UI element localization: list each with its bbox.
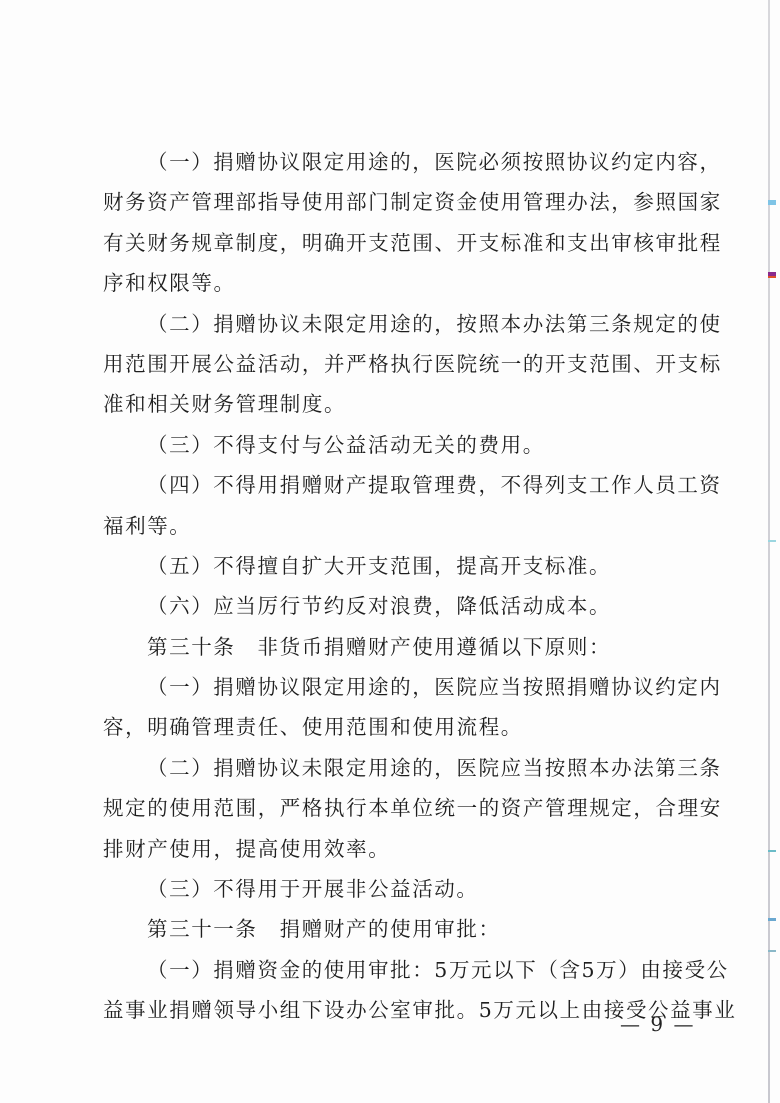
- scan-color-mark: [768, 276, 776, 278]
- line-text: （二）捐赠协议未限定用途的，医院应当按照本办法第三条: [147, 748, 695, 788]
- line-text: 福利等。: [103, 506, 695, 546]
- paragraph-line: 排财产使用，提高使用效率。: [103, 829, 695, 869]
- line-text: 益事业捐赠领导小组下设办公室审批。5万元以上由接受公益事业: [103, 990, 695, 1030]
- paragraph-line: （三）不得用于开展非公益活动。: [103, 869, 695, 909]
- line-text: 排财产使用，提高使用效率。: [103, 829, 695, 869]
- line-text: （三）不得支付与公益活动无关的费用。: [147, 425, 695, 465]
- paragraph-line: 福利等。: [103, 506, 695, 546]
- paragraph-line: 准和相关财务管理制度。: [103, 384, 695, 424]
- paragraph-line: （二）捐赠协议未限定用途的，按照本办法第三条规定的使: [103, 304, 695, 344]
- article-heading: 第三十条 非货币捐赠财产使用遵循以下原则：: [103, 627, 695, 667]
- line-text: （一）捐赠资金的使用审批：5万元以下（含5万）由接受公: [147, 950, 695, 990]
- line-text: 规定的使用范围，严格执行本单位统一的资产管理规定，合理安: [103, 788, 695, 828]
- line-text: 序和权限等。: [103, 263, 695, 303]
- line-text: 财务资产管理部指导使用部门制定资金使用管理办法，参照国家: [103, 182, 695, 222]
- paragraph-line: 序和权限等。: [103, 263, 695, 303]
- line-text: 准和相关财务管理制度。: [103, 384, 695, 424]
- paragraph-line: （六）应当厉行节约反对浪费，降低活动成本。: [103, 586, 695, 626]
- paragraph-line: （一）捐赠协议限定用途的，医院应当按照捐赠协议约定内: [103, 667, 695, 707]
- line-text: （一）捐赠协议限定用途的，医院应当按照捐赠协议约定内: [147, 667, 695, 707]
- line-text: 第三十条 非货币捐赠财产使用遵循以下原则：: [147, 627, 695, 667]
- paragraph-line: （一）捐赠资金的使用审批：5万元以下（含5万）由接受公: [103, 950, 695, 990]
- scan-edge-line: [768, 0, 770, 1103]
- scan-color-mark: [768, 918, 776, 921]
- line-text: 有关财务规章制度，明确开支范围、开支标准和支出审核审批程: [103, 223, 695, 263]
- line-text: （一）捐赠协议限定用途的，医院必须按照协议约定内容，: [147, 142, 695, 182]
- line-text: （五）不得擅自扩大开支范围，提高开支标准。: [147, 546, 695, 586]
- scan-color-mark: [768, 850, 776, 852]
- scan-color-mark: [768, 540, 776, 542]
- document-body: （一）捐赠协议限定用途的，医院必须按照协议约定内容， 财务资产管理部指导使用部门…: [103, 142, 695, 1031]
- paragraph-line: 容，明确管理责任、使用范围和使用流程。: [103, 707, 695, 747]
- page-number: — 9 —: [620, 1012, 695, 1036]
- paragraph-line: 规定的使用范围，严格执行本单位统一的资产管理规定，合理安: [103, 788, 695, 828]
- line-text: （二）捐赠协议未限定用途的，按照本办法第三条规定的使: [147, 304, 695, 344]
- scan-color-mark: [768, 950, 776, 952]
- paragraph-line: （四）不得用捐赠财产提取管理费，不得列支工作人员工资: [103, 465, 695, 505]
- paragraph-line: （二）捐赠协议未限定用途的，医院应当按照本办法第三条: [103, 748, 695, 788]
- line-text: 第三十一条 捐赠财产的使用审批：: [147, 909, 695, 949]
- scan-color-mark: [768, 200, 776, 205]
- line-text: 用范围开展公益活动，并严格执行医院统一的开支范围、开支标: [103, 344, 695, 384]
- article-heading: 第三十一条 捐赠财产的使用审批：: [103, 909, 695, 949]
- paragraph-line: （一）捐赠协议限定用途的，医院必须按照协议约定内容，: [103, 142, 695, 182]
- document-page: （一）捐赠协议限定用途的，医院必须按照协议约定内容， 财务资产管理部指导使用部门…: [0, 0, 780, 1103]
- paragraph-line: 用范围开展公益活动，并严格执行医院统一的开支范围、开支标: [103, 344, 695, 384]
- paragraph-line: 财务资产管理部指导使用部门制定资金使用管理办法，参照国家: [103, 182, 695, 222]
- line-text: （三）不得用于开展非公益活动。: [147, 869, 695, 909]
- line-text: 容，明确管理责任、使用范围和使用流程。: [103, 707, 695, 747]
- paragraph-line: 有关财务规章制度，明确开支范围、开支标准和支出审核审批程: [103, 223, 695, 263]
- line-text: （四）不得用捐赠财产提取管理费，不得列支工作人员工资: [147, 465, 695, 505]
- line-text: （六）应当厉行节约反对浪费，降低活动成本。: [147, 586, 695, 626]
- paragraph-line: 益事业捐赠领导小组下设办公室审批。5万元以上由接受公益事业: [103, 990, 695, 1030]
- paragraph-line: （三）不得支付与公益活动无关的费用。: [103, 425, 695, 465]
- paragraph-line: （五）不得擅自扩大开支范围，提高开支标准。: [103, 546, 695, 586]
